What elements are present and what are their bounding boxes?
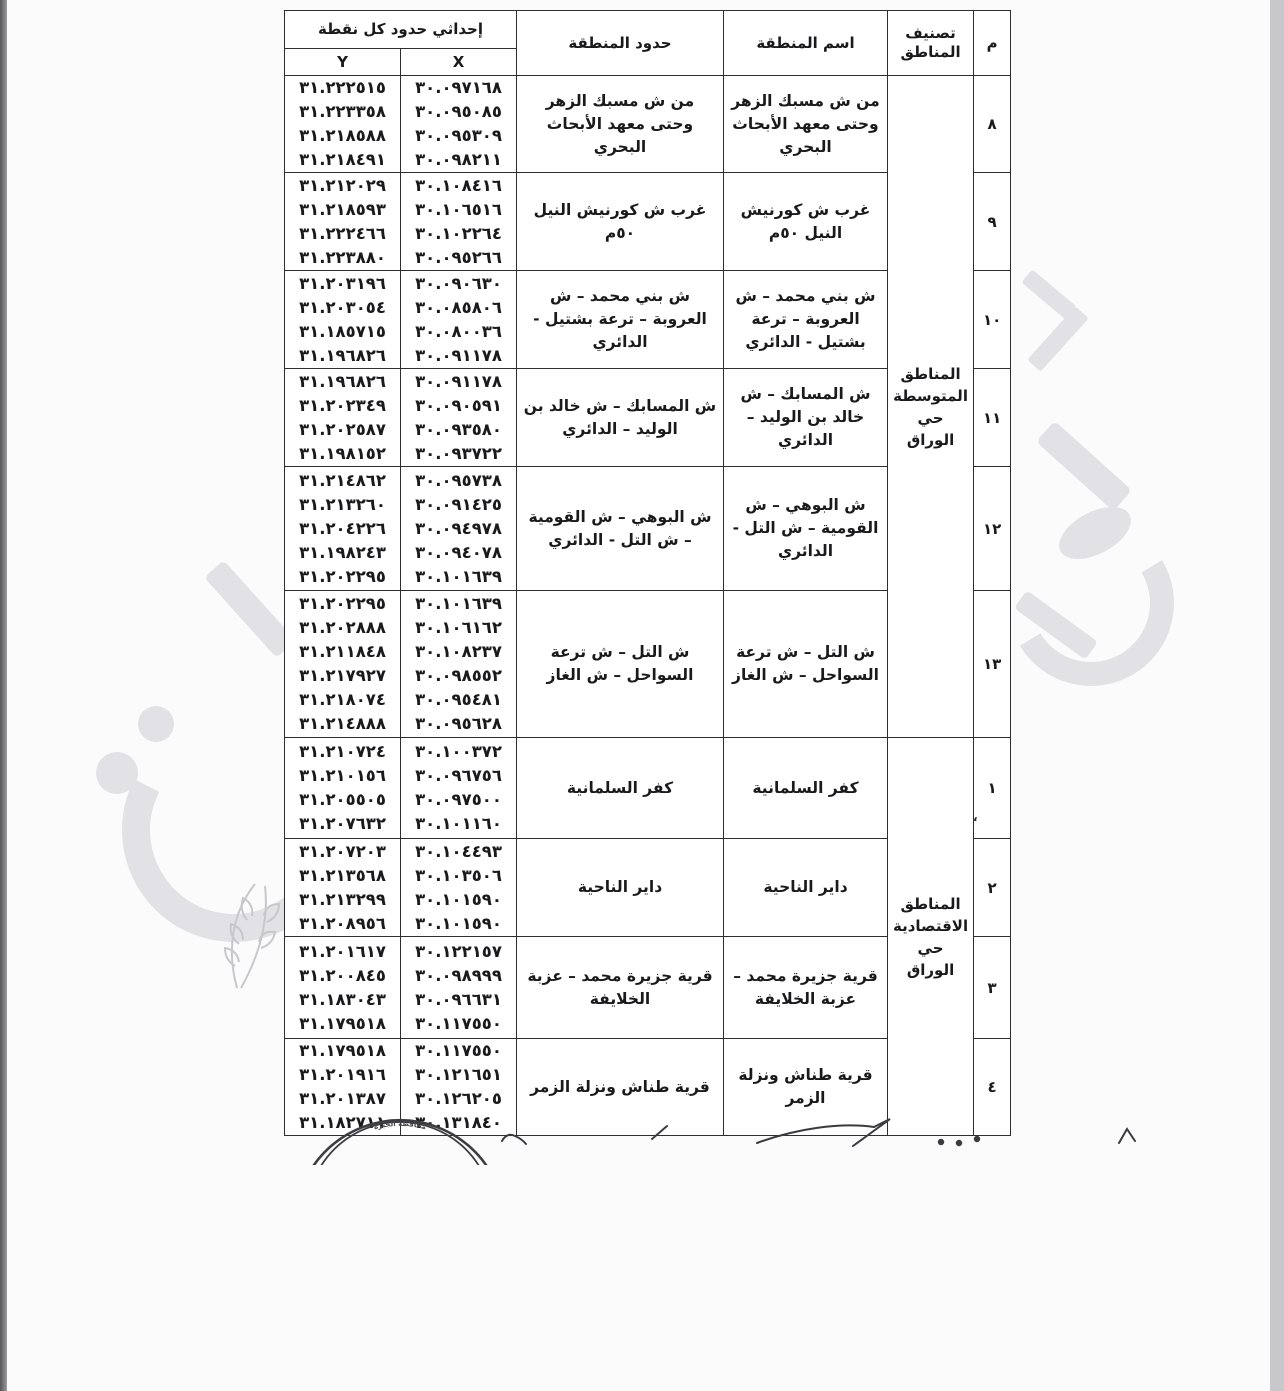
pen-dot (975, 1137, 979, 1141)
y-value: ٣١.٢٢٣٣٥٨ (290, 100, 395, 124)
x-coordinates-cell: ٣٠.٠٩٥٧٣٨٣٠.٠٩١٤٢٥٣٠.٠٩٤٩٧٨٣٠.٠٩٤٠٧٨٣٠.١… (401, 467, 517, 591)
x-coordinates-cell: ٣٠.٠٩٧١٦٨٣٠.٠٩٥٠٨٥٣٠.٠٩٥٣٠٩٣٠.٠٩٨٢١١ (401, 76, 517, 173)
header-area-name: اسم المنطقة (724, 11, 888, 76)
pen-caret (1119, 1129, 1135, 1143)
x-value: ٣٠.٠٨٥٨٠٦ (406, 296, 511, 320)
area-name-cell: داير الناحية (724, 839, 888, 937)
y-value: ٣١.٢٠١٩١٦ (290, 1063, 395, 1087)
pen-dot (939, 1140, 943, 1144)
area-name-cell: قرية طناش ونزلة الزمر (724, 1039, 888, 1136)
x-value: ٣٠.١٠٨٤١٦ (406, 174, 511, 198)
y-value: ٣١.٢٠٢٢٩٥ (290, 565, 395, 589)
y-coordinates-cell: ٣١.٢١٤٨٦٢٣١.٢١٣٢٦٠٣١.٢٠٤٢٢٦٣١.١٩٨٢٤٣٣١.٢… (285, 467, 401, 591)
y-value: ٣١.٢٠٢٣٤٩ (290, 394, 395, 418)
x-value: ٣٠.٠٩٧١٦٨ (406, 76, 511, 100)
x-value: ٣٠.٠٩٠٥٩١ (406, 394, 511, 418)
official-stamp: محافظة الجيزة (293, 1097, 508, 1165)
classification-cell: المناطق المتوسطة حي الوراق (888, 76, 974, 738)
x-value: ٣٠.٠٩٥٦٢٨ (406, 712, 511, 736)
area-bounds-cell: داير الناحية (517, 839, 724, 937)
y-value: ٣١.٢٢٢٤٦٦ (290, 222, 395, 246)
scan-edge-left (0, 0, 7, 1391)
y-value: ٣١.٢١٢٠٢٩ (290, 174, 395, 198)
y-coordinates-cell: ٣١.٢١٢٠٢٩٣١.٢١٨٥٩٣٣١.٢٢٢٤٦٦٣١.٢٢٣٨٨٠ (285, 173, 401, 271)
y-value: ٣١.١٩٦٨٢٦ (290, 370, 395, 394)
header-x: X (401, 49, 517, 76)
x-value: ٣٠.١٠١١٦٠ (406, 812, 511, 836)
y-value: ٣١.٢٠٧٦٣٢ (290, 812, 395, 836)
x-value: ٣٠.١٠٦٥١٦ (406, 198, 511, 222)
watermark-chevron (1027, 306, 1089, 372)
area-name-cell: ش المسابك – ش خالد بن الوليد – الدائري (724, 369, 888, 467)
area-bounds-cell: من ش مسبك الزهر وحتى معهد الأبحاث البحري (517, 76, 724, 173)
watermark-dot (138, 706, 174, 742)
y-coordinates-cell: ٣١.٢١٠٧٢٤٣١.٢١٠١٥٦٣١.٢٠٥٥٠٥٣١.٢٠٧٦٣٢ (285, 738, 401, 839)
y-value: ٣١.٢٠١٦١٧ (290, 940, 395, 964)
y-value: ٣١.٢١٣٢٦٠ (290, 493, 395, 517)
y-value: ٣١.٢١٣٥٦٨ (290, 864, 395, 888)
watermark-stroke (1036, 421, 1132, 511)
y-coordinates-cell: ٣١.٢٠١٦١٧٣١.٢٠٠٨٤٥٣١.١٨٣٠٤٣٣١.١٧٩٥١٨ (285, 937, 401, 1039)
x-value: ٣٠.١٠٦١٦٢ (406, 616, 511, 640)
pen-dot (957, 1141, 961, 1145)
x-value: ٣٠.٠٩٥٧٣٨ (406, 469, 511, 493)
x-value: ٣٠.٠٩٦٧٥٦ (406, 764, 511, 788)
y-value: ٣١.٢١٤٨٦٢ (290, 469, 395, 493)
y-value: ٣١.١٩٨١٥٢ (290, 442, 395, 466)
x-value: ٣٠.٠٩٨٢١١ (406, 148, 511, 172)
y-value: ٣١.٢٠٢٨٨٨ (290, 616, 395, 640)
x-value: ٣٠.٠٩٥٤٨١ (406, 688, 511, 712)
x-value: ٣٠.١٢١٦٥١ (406, 1063, 511, 1087)
serial-cell: ٨ (974, 76, 1011, 173)
x-value: ٣٠.١١٧٥٥٠ (406, 1012, 511, 1036)
y-value: ٣١.٢٠٨٩٥٦ (290, 912, 395, 936)
x-value: ٣٠.١٠١٦٣٩ (406, 592, 511, 616)
x-value: ٣٠.٠٩٨٩٩٩ (406, 964, 511, 988)
x-value: ٣٠.٠٩٥٣٠٩ (406, 124, 511, 148)
y-value: ٣١.٢٢٢٥١٥ (290, 76, 395, 100)
x-value: ٣٠.١٠٠٣٧٢ (406, 740, 511, 764)
x-value: ٣٠.١١٧٥٥٠ (406, 1039, 511, 1063)
header-classification: تصنيف المناطق (888, 11, 974, 76)
coordinates-table: م تصنيف المناطق اسم المنطقة حدود المنطقة… (284, 10, 1011, 1136)
area-name-cell: غرب ش كورنيش النيل ٥٠م (724, 173, 888, 271)
y-value: ٣١.٢١٨٤٩١ (290, 148, 395, 172)
serial-cell: ١ (974, 738, 1011, 839)
x-value: ٣٠.٠٩١١٧٨ (406, 370, 511, 394)
serial-cell: ١٢ (974, 467, 1011, 591)
y-value: ٣١.٢٠٣١٩٦ (290, 272, 395, 296)
x-value: ٣٠.١٠١٥٩٠ (406, 888, 511, 912)
x-coordinates-cell: ٣٠.١٢٢١٥٧٣٠.٠٩٨٩٩٩٣٠.٠٩٦٦٣١٣٠.١١٧٥٥٠ (401, 937, 517, 1039)
x-value: ٣٠.٠٩١١٧٨ (406, 344, 511, 368)
x-coordinates-cell: ٣٠.١٠٨٤١٦٣٠.١٠٦٥١٦٣٠.١٠٢٢٦٤٣٠.٠٩٥٢٦٦ (401, 173, 517, 271)
area-bounds-cell: كفر السلمانية (517, 738, 724, 839)
x-value: ٣٠.٠٩٤٠٧٨ (406, 541, 511, 565)
serial-cell: ٢ (974, 839, 1011, 937)
y-value: ٣١.٢١٤٨٨٨ (290, 712, 395, 736)
y-value: ٣١.٢١٨٠٧٤ (290, 688, 395, 712)
y-value: ٣١.٢١٠٧٢٤ (290, 740, 395, 764)
area-bounds-cell: ش التل – ش ترعة السواحل – ش الغاز (517, 591, 724, 738)
x-coordinates-cell: ٣٠.١٠١٦٣٩٣٠.١٠٦١٦٢٣٠.١٠٨٢٣٧٣٠.٠٩٨٥٥٢٣٠.٠… (401, 591, 517, 738)
header-coordinates: إحداثي حدود كل نقطة (285, 11, 517, 49)
y-coordinates-cell: ٣١.٢٠٢٢٩٥٣١.٢٠٢٨٨٨٣١.٢١١٨٤٨٣١.٢١٧٩٢٧٣١.٢… (285, 591, 401, 738)
y-value: ٣١.١٩٦٨٢٦ (290, 344, 395, 368)
x-value: ٣٠.٠٩٣٧٢٢ (406, 442, 511, 466)
x-value: ٣٠.٠٩٣٥٨٠ (406, 418, 511, 442)
x-value: ٣٠.١٠٣٥٠٦ (406, 864, 511, 888)
x-coordinates-cell: ٣٠.١٠٤٤٩٣٣٠.١٠٣٥٠٦٣٠.١٠١٥٩٠٣٠.١٠١٥٩٠ (401, 839, 517, 937)
x-coordinates-cell: ٣٠.٠٩٠٦٣٠٣٠.٠٨٥٨٠٦٣٠.٠٨٠٠٣٦٣٠.٠٩١١٧٨ (401, 271, 517, 369)
x-value: ٣٠.١٠٢٢٦٤ (406, 222, 511, 246)
y-value: ٣١.٢١٣٢٩٩ (290, 888, 395, 912)
area-name-cell: قرية جزيرة محمد – عزبة الخلايفة (724, 937, 888, 1039)
y-coordinates-cell: ٣١.٢٠٧٢٠٣٣١.٢١٣٥٦٨٣١.٢١٣٢٩٩٣١.٢٠٨٩٥٦ (285, 839, 401, 937)
area-name-cell: ش بني محمد – ش العروبة – ترعة بشتيل - ال… (724, 271, 888, 369)
table-header: م تصنيف المناطق اسم المنطقة حدود المنطقة… (285, 11, 1011, 76)
x-value: ٣٠.٠٩٧٥٠٠ (406, 788, 511, 812)
area-bounds-cell: ش البوهي – ش القومية – ش التل - الدائري (517, 467, 724, 591)
x-value: ٣٠.٠٩٠٦٣٠ (406, 272, 511, 296)
y-value: ٣١.١٧٩٥١٨ (290, 1012, 395, 1036)
x-value: ٣٠.١٠١٦٣٩ (406, 565, 511, 589)
serial-cell: ١٠ (974, 271, 1011, 369)
area-name-cell: من ش مسبك الزهر وحتى معهد الأبحاث البحري (724, 76, 888, 173)
y-value: ٣١.٢٠٢٢٩٥ (290, 592, 395, 616)
y-value: ٣١.٢٠٤٢٢٦ (290, 517, 395, 541)
scan-edge-right (1270, 0, 1284, 1391)
y-coordinates-cell: ٣١.٢٢٢٥١٥٣١.٢٢٣٣٥٨٣١.٢١٨٥٨٨٣١.٢١٨٤٩١ (285, 76, 401, 173)
y-coordinates-cell: ٣١.١٩٦٨٢٦٣١.٢٠٢٣٤٩٣١.٢٠٢٥٨٧٣١.١٩٨١٥٢ (285, 369, 401, 467)
serial-cell: ٩ (974, 173, 1011, 271)
y-value: ٣١.٢١٧٩٢٧ (290, 664, 395, 688)
y-value: ٣١.٢٠٥٥٠٥ (290, 788, 395, 812)
y-value: ٣١.١٨٥٧١٥ (290, 320, 395, 344)
area-name-cell: ش التل – ش ترعة السواحل – ش الغاز (724, 591, 888, 738)
table-body: ٨المناطق المتوسطة حي الوراقمن ش مسبك الز… (285, 76, 1011, 1136)
area-bounds-cell: ش المسابك – ش خالد بن الوليد – الدائري (517, 369, 724, 467)
y-value: ٣١.٢١٨٥٩٣ (290, 198, 395, 222)
x-value: ٣٠.١٠٤٤٩٣ (406, 840, 511, 864)
x-value: ٣٠.١٢٢١٥٧ (406, 940, 511, 964)
area-bounds-cell: غرب ش كورنيش النيل ٥٠م (517, 173, 724, 271)
x-value: ٣٠.٠٨٠٠٣٦ (406, 320, 511, 344)
y-value: ٣١.٢٠٧٢٠٣ (290, 840, 395, 864)
y-coordinates-cell: ٣١.٢٠٣١٩٦٣١.٢٠٣٠٥٤٣١.١٨٥٧١٥٣١.١٩٦٨٢٦ (285, 271, 401, 369)
x-value: ٣٠.٠٩٤٩٧٨ (406, 517, 511, 541)
x-value: ٣٠.١٠٨٢٣٧ (406, 640, 511, 664)
area-bounds-cell: قرية طناش ونزلة الزمر (517, 1039, 724, 1136)
x-value: ٣٠.٠٩١٤٢٥ (406, 493, 511, 517)
y-value: ٣١.١٩٨٢٤٣ (290, 541, 395, 565)
ink-speck: ، (973, 810, 978, 824)
header-area-bounds: حدود المنطقة (517, 11, 724, 76)
watermark-dot (1046, 652, 1064, 670)
area-name-cell: ش البوهي – ش القومية – ش التل - الدائري (724, 467, 888, 591)
area-name-cell: كفر السلمانية (724, 738, 888, 839)
x-value: ٣٠.٠٩٦٦٣١ (406, 988, 511, 1012)
x-coordinates-cell: ٣٠.٠٩١١٧٨٣٠.٠٩٠٥٩١٣٠.٠٩٣٥٨٠٣٠.٠٩٣٧٢٢ (401, 369, 517, 467)
watermark-stroke (204, 560, 296, 658)
area-bounds-cell: قرية جزيرة محمد – عزبة الخلايفة (517, 937, 724, 1039)
header-serial: م (974, 11, 1011, 76)
scanned-document-page: { "colors": { "paper": "#fbfbfc", "ink":… (0, 0, 1284, 1391)
x-value: ٣٠.٠٩٥٢٦٦ (406, 246, 511, 270)
serial-cell: ١١ (974, 369, 1011, 467)
y-value: ٣١.٢١٨٥٨٨ (290, 124, 395, 148)
x-value: ٣٠.١٠١٥٩٠ (406, 912, 511, 936)
x-value: ٣٠.٠٩٥٠٨٥ (406, 100, 511, 124)
x-value: ٣٠.٠٩٨٥٥٢ (406, 664, 511, 688)
y-value: ٣١.١٨٣٠٤٣ (290, 988, 395, 1012)
y-value: ٣١.٢٠٠٨٤٥ (290, 964, 395, 988)
serial-cell: ٣ (974, 937, 1011, 1039)
y-value: ٣١.٢١٠١٥٦ (290, 764, 395, 788)
y-value: ٣١.١٧٩٥١٨ (290, 1039, 395, 1063)
classification-cell: المناطق الاقتصادية حي الوراق (888, 738, 974, 1136)
y-value: ٣١.٢٠٣٠٥٤ (290, 296, 395, 320)
table-row: ٨المناطق المتوسطة حي الوراقمن ش مسبك الز… (285, 76, 1011, 173)
header-y: Y (285, 49, 401, 76)
y-value: ٣١.٢٠٢٥٨٧ (290, 418, 395, 442)
laurel-emblem-watermark (221, 856, 285, 994)
serial-cell: ١٣ (974, 591, 1011, 738)
y-value: ٣١.٢١١٨٤٨ (290, 640, 395, 664)
y-value: ٣١.٢٢٣٨٨٠ (290, 246, 395, 270)
area-bounds-cell: ش بني محمد – ش العروبة – ترعة بشتيل - ال… (517, 271, 724, 369)
table-row: ١المناطق الاقتصادية حي الوراقكفر السلمان… (285, 738, 1011, 839)
x-coordinates-cell: ٣٠.١٠٠٣٧٢٣٠.٠٩٦٧٥٦٣٠.٠٩٧٥٠٠٣٠.١٠١١٦٠ (401, 738, 517, 839)
serial-cell: ٤ (974, 1039, 1011, 1136)
